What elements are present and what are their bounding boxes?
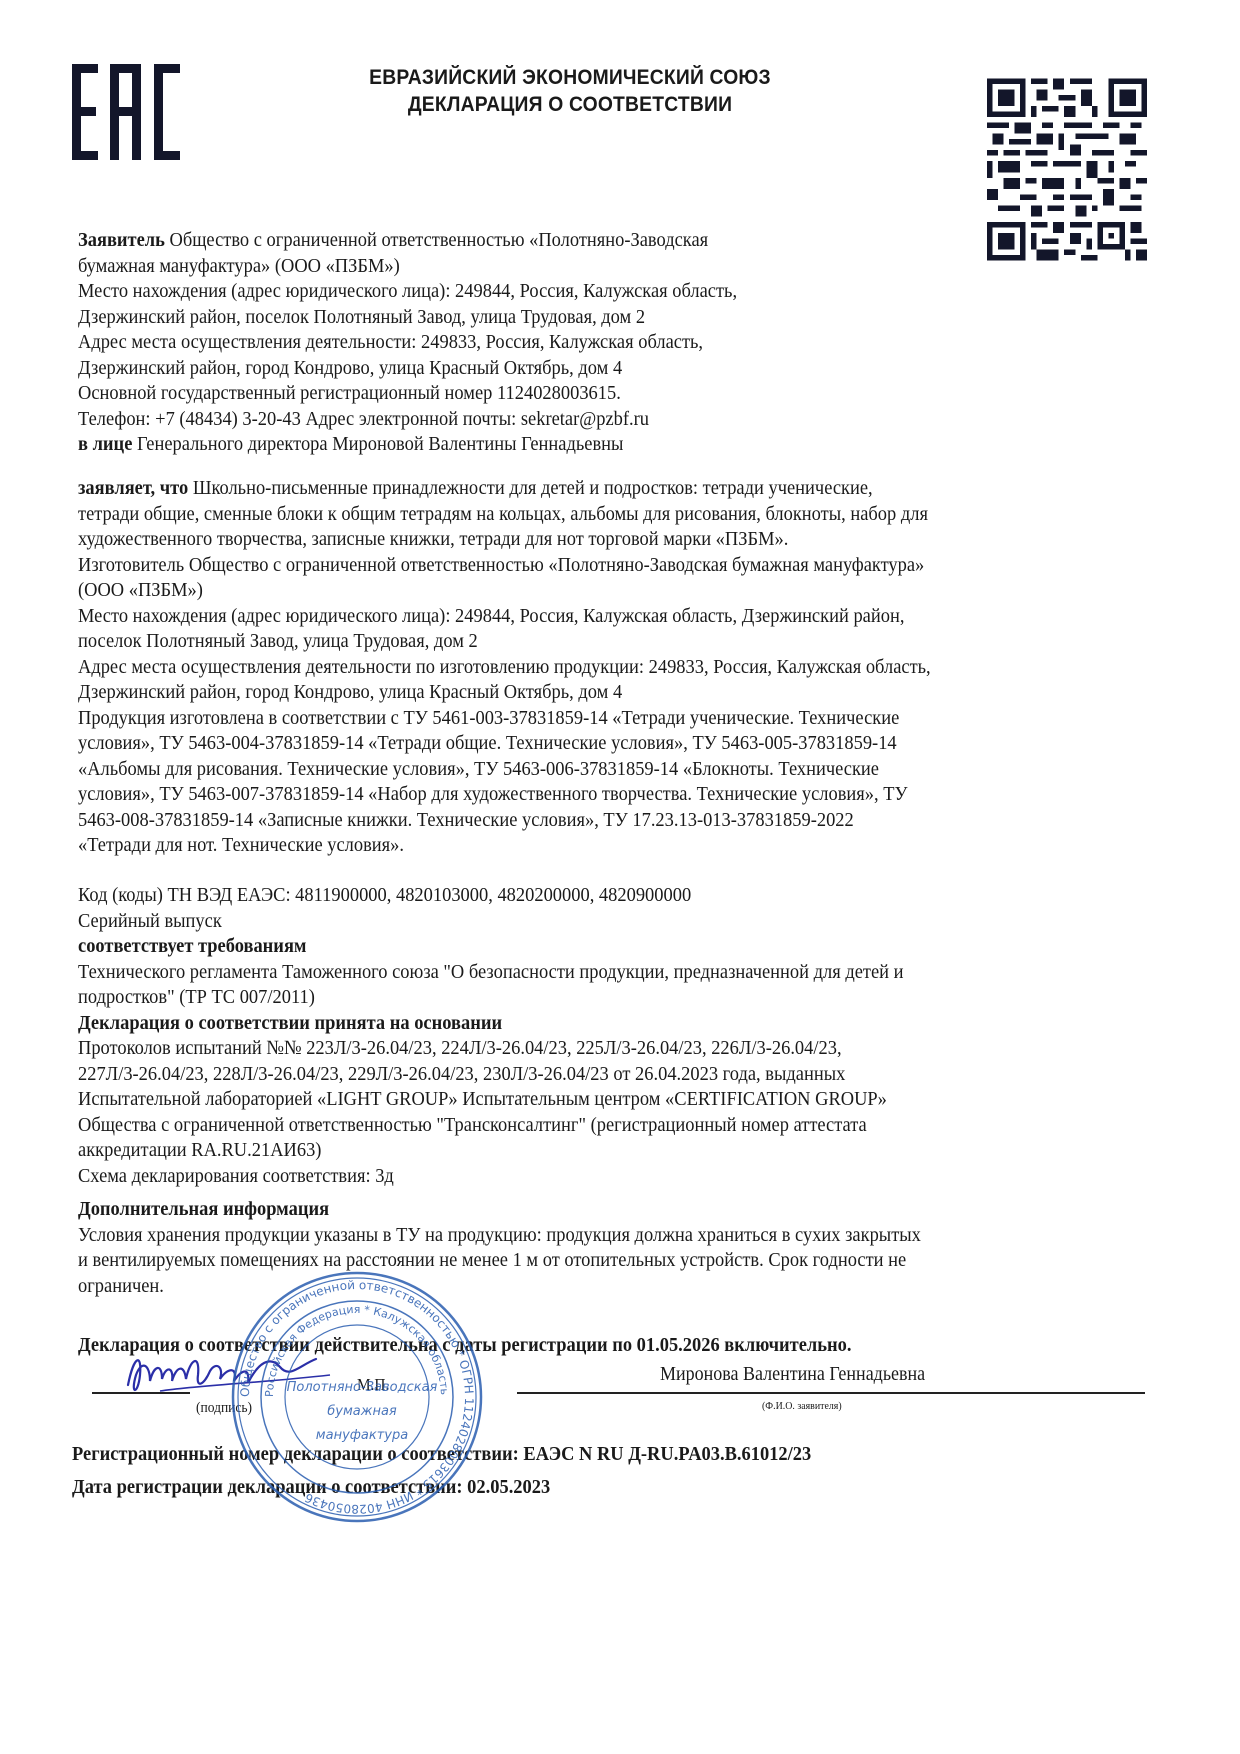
manufacturer-cont: (ООО «ПЗБМ») bbox=[78, 578, 1158, 604]
standards-cont: условия», ТУ 5463-004-37831859-14 «Тетра… bbox=[78, 731, 1158, 757]
serial-production: Серийный выпуск bbox=[78, 909, 1158, 935]
applicant-label: Заявитель bbox=[78, 229, 165, 251]
declaration-section: заявляет, что Школьно-письменные принадл… bbox=[78, 476, 1158, 859]
signature-line bbox=[92, 1392, 190, 1394]
applicant-activity-address-cont: Дзержинский район, город Кондрово, улица… bbox=[78, 356, 978, 382]
declaration-scheme: Схема декларирования соответствия: 3д bbox=[78, 1164, 1158, 1190]
signer-name: Миронова Валентина Геннадьевна bbox=[660, 1363, 925, 1386]
qr-code bbox=[987, 77, 1147, 262]
test-protocols-cont: аккредитации RA.RU.21АИ63) bbox=[78, 1138, 1158, 1164]
header-title-union: ЕВРАЗИЙСКИЙ ЭКОНОМИЧЕСКИЙ СОЮЗ bbox=[294, 64, 846, 91]
applicant-section: Заявитель Общество с ограниченной ответс… bbox=[78, 228, 978, 458]
stamp-center-line1: Полотняно-Заводская bbox=[287, 1380, 438, 1395]
represented-label: в лице bbox=[78, 433, 132, 455]
applicant-activity-address: Адрес места осуществления деятельности: … bbox=[78, 330, 978, 356]
applicant-ogrn: Основной государственный регистрационный… bbox=[78, 381, 978, 407]
applicant-name: Общество с ограниченной ответственностью… bbox=[165, 229, 708, 251]
header-title-declaration: ДЕКЛАРАЦИЯ О СООТВЕТСТВИИ bbox=[294, 91, 846, 118]
manufacturer-activity-address-cont: Дзержинский район, город Кондрово, улица… bbox=[78, 680, 1158, 706]
complies-label: соответствует требованиям bbox=[78, 934, 1158, 960]
eac-logo bbox=[72, 64, 182, 160]
standards-cont: «Тетради для нот. Технические условия». bbox=[78, 833, 1158, 859]
standards-cont: 5463-008-37831859-14 «Записные книжки. Т… bbox=[78, 808, 1158, 834]
stamp-center-line3: мануфактура bbox=[316, 1428, 408, 1443]
applicant-name-cont: бумажная мануфактура» (ООО «ПЗБМ») bbox=[78, 254, 978, 280]
test-protocols-cont: Общества с ограниченной ответственностью… bbox=[78, 1113, 1158, 1139]
company-stamp: Общество с ограниченной ответственностью… bbox=[228, 1268, 486, 1526]
applicant-legal-address-cont: Дзержинский район, поселок Полотняный За… bbox=[78, 305, 978, 331]
stamp-center-line2: бумажная bbox=[327, 1404, 397, 1419]
standards-cont: условия», ТУ 5463-007-37831859-14 «Набор… bbox=[78, 782, 1158, 808]
declares-label: заявляет, что bbox=[78, 477, 188, 499]
additional-info-label: Дополнительная информация bbox=[78, 1197, 1158, 1223]
manufacturer-activity-address: Адрес места осуществления деятельности п… bbox=[78, 655, 1158, 681]
compliance-section: Код (коды) ТН ВЭД ЕАЭС: 4811900000, 4820… bbox=[78, 883, 1158, 1299]
manufacturer-legal-address: Место нахождения (адрес юридического лиц… bbox=[78, 604, 1158, 630]
document-header: ЕВРАЗИЙСКИЙ ЭКОНОМИЧЕСКИЙ СОЮЗ ДЕКЛАРАЦИ… bbox=[294, 64, 846, 118]
product-description: Школьно-письменные принадлежности для де… bbox=[188, 477, 872, 499]
test-protocols-cont: Испытательной лабораторией «LIGHT GROUP»… bbox=[78, 1087, 1158, 1113]
test-protocols: Протоколов испытаний №№ 223Л/3-26.04/23,… bbox=[78, 1036, 1158, 1062]
applicant-legal-address: Место нахождения (адрес юридического лиц… bbox=[78, 279, 978, 305]
tn-ved-codes: Код (коды) ТН ВЭД ЕАЭС: 4811900000, 4820… bbox=[78, 883, 1158, 909]
regulation-cont: подростков" (ТР ТС 007/2011) bbox=[78, 985, 1158, 1011]
applicant-contacts: Телефон: +7 (48434) 3-20-43 Адрес электр… bbox=[78, 407, 978, 433]
test-protocols-cont: 227Л/3-26.04/23, 228Л/3-26.04/23, 229Л/3… bbox=[78, 1062, 1158, 1088]
basis-label: Декларация о соответствии принята на осн… bbox=[78, 1011, 1158, 1037]
standards: Продукция изготовлена в соответствии с Т… bbox=[78, 706, 1158, 732]
signer-name-line bbox=[517, 1392, 1145, 1394]
regulation: Технического регламента Таможенного союз… bbox=[78, 960, 1158, 986]
represented-by: Генерального директора Мироновой Валенти… bbox=[132, 433, 623, 455]
manufacturer: Изготовитель Общество с ограниченной отв… bbox=[78, 553, 1158, 579]
product-description-cont: художественного творчества, записные кни… bbox=[78, 527, 1158, 553]
additional-info: Условия хранения продукции указаны в ТУ … bbox=[78, 1223, 1158, 1249]
standards-cont: «Альбомы для рисования. Технические усло… bbox=[78, 757, 1158, 783]
manufacturer-legal-address-cont: поселок Полотняный Завод, улица Трудовая… bbox=[78, 629, 1158, 655]
signer-name-caption: (Ф.И.О. заявителя) bbox=[762, 1400, 842, 1412]
product-description-cont: тетради общие, сменные блоки к общим тет… bbox=[78, 502, 1158, 528]
